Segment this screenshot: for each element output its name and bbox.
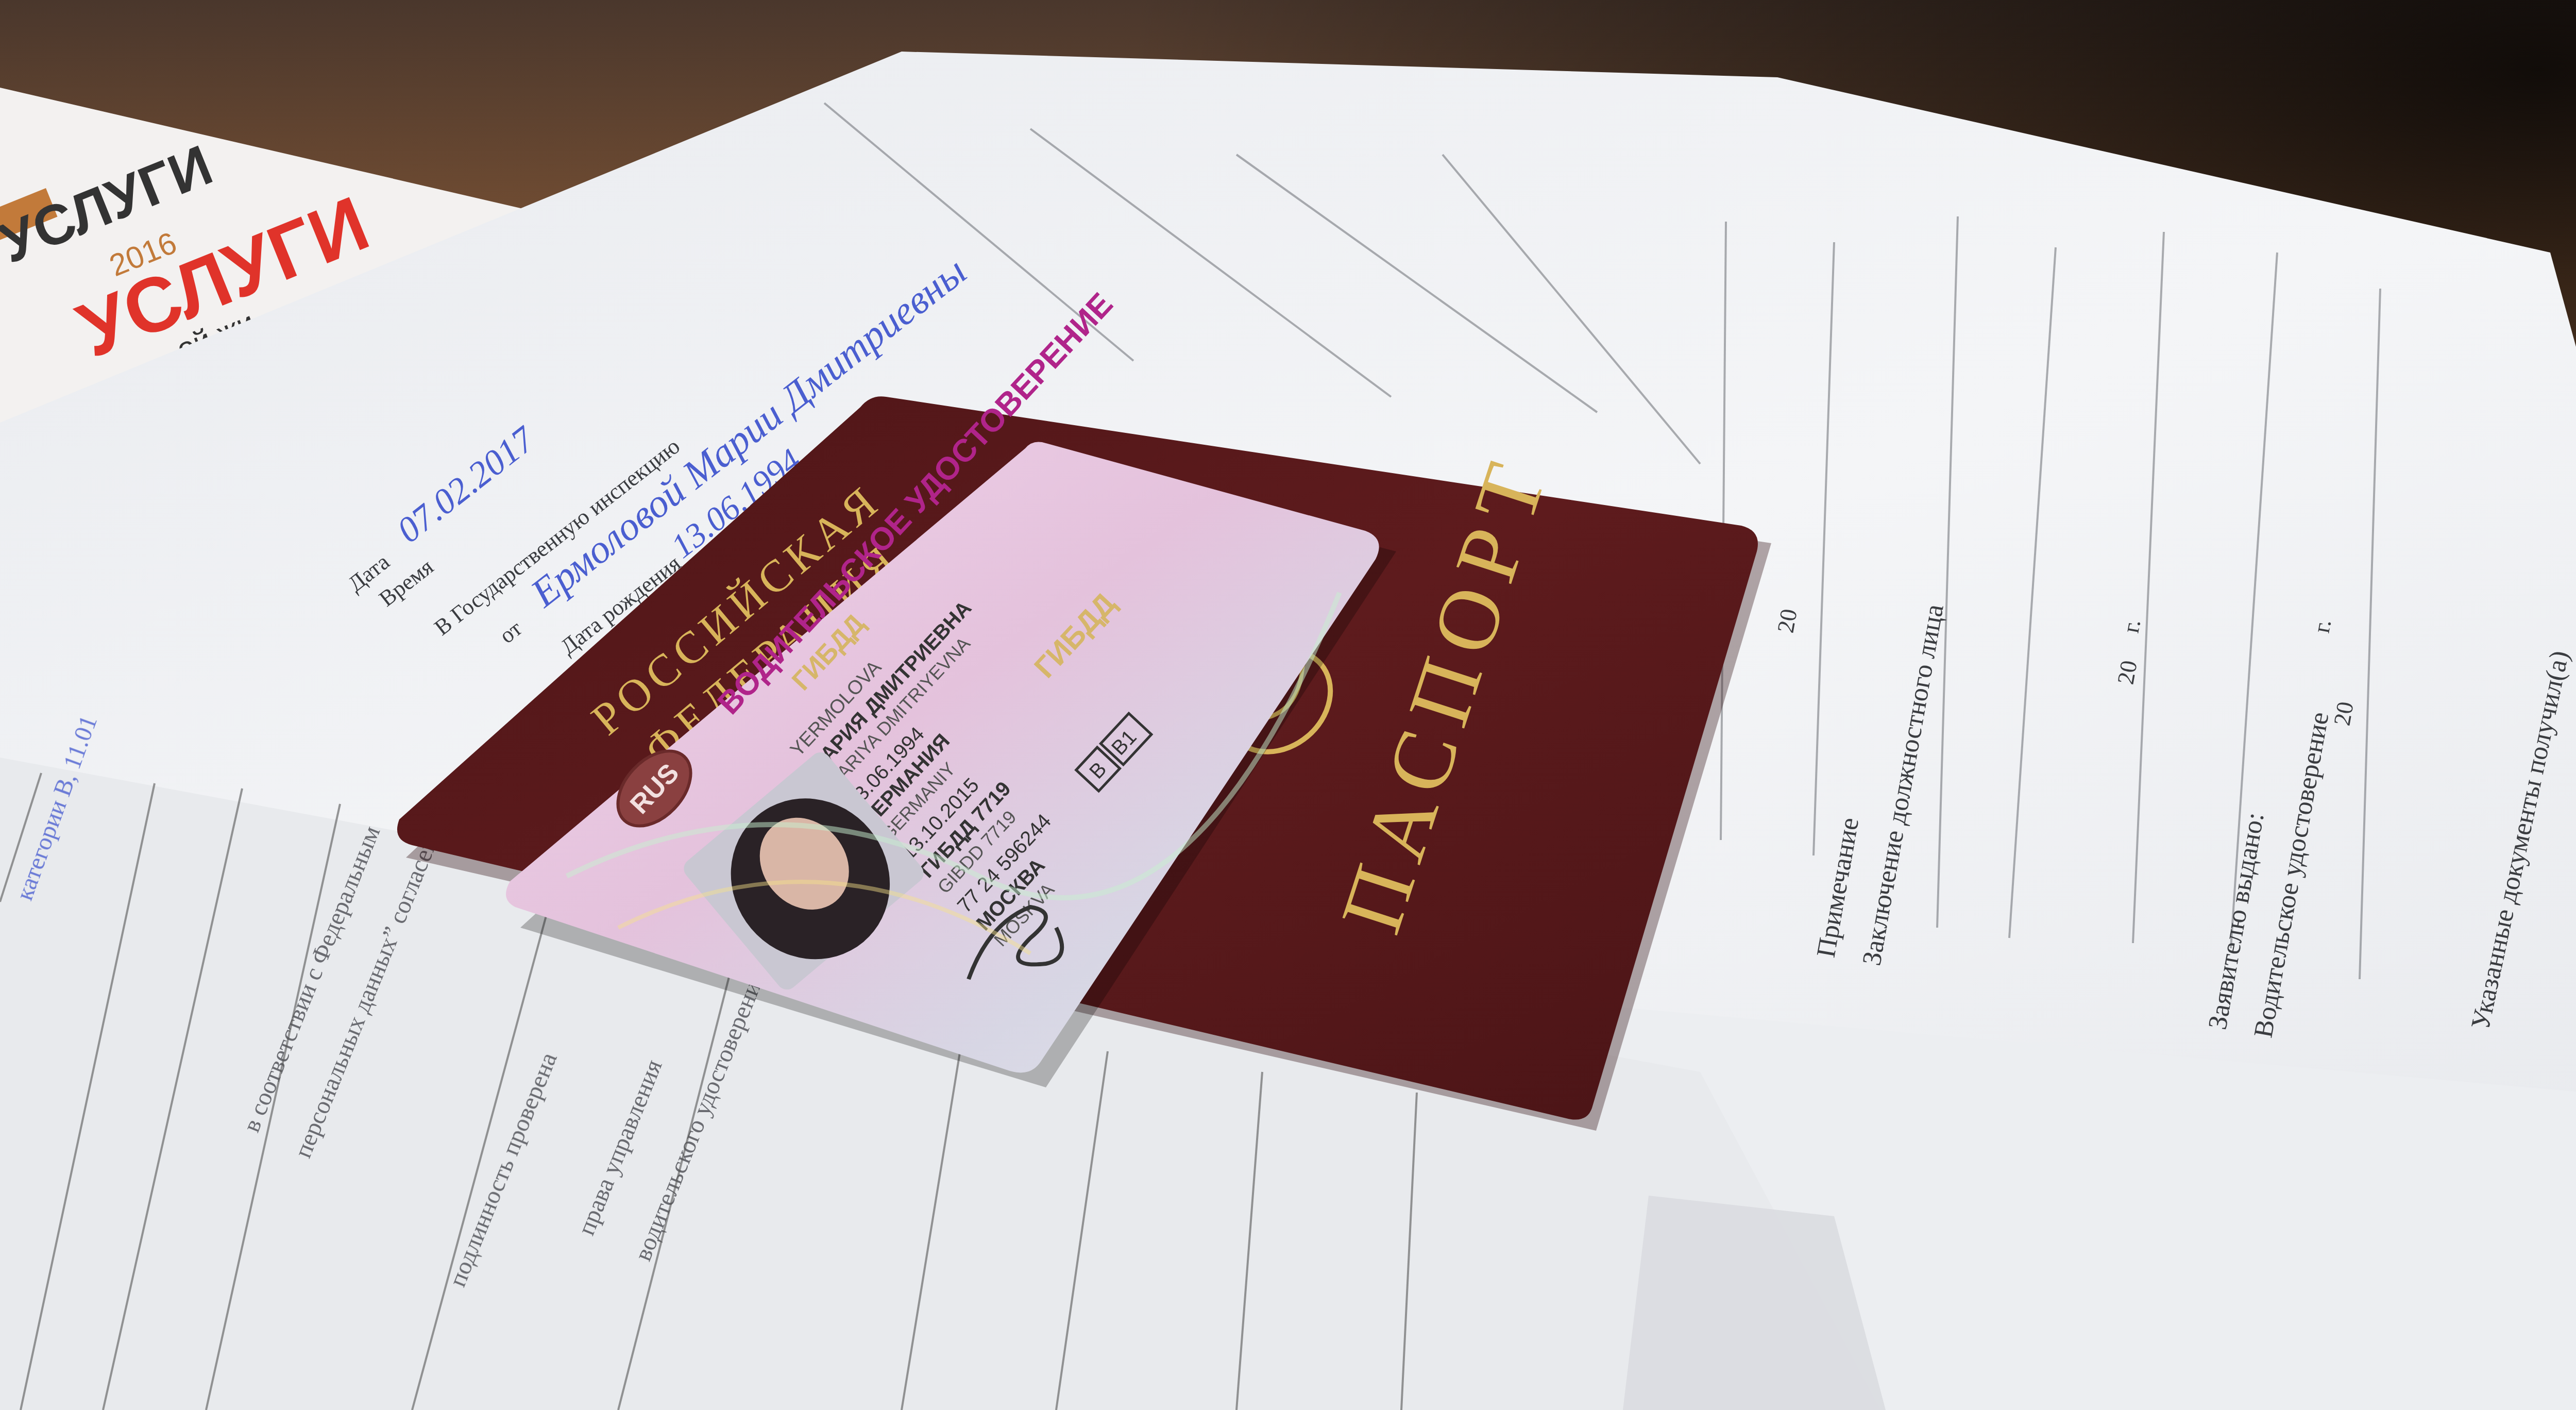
svg-text:20: 20: [2329, 700, 2359, 728]
scene-drawing: УСЛУГИ 2016 УСЛУГИ …ой жи… Примечание За…: [0, 0, 2576, 1410]
svg-text:20: 20: [2112, 659, 2142, 686]
svg-text:20: 20: [1772, 607, 1802, 635]
photo-scene: УСЛУГИ 2016 УСЛУГИ …ой жи… Примечание За…: [0, 0, 2576, 1410]
